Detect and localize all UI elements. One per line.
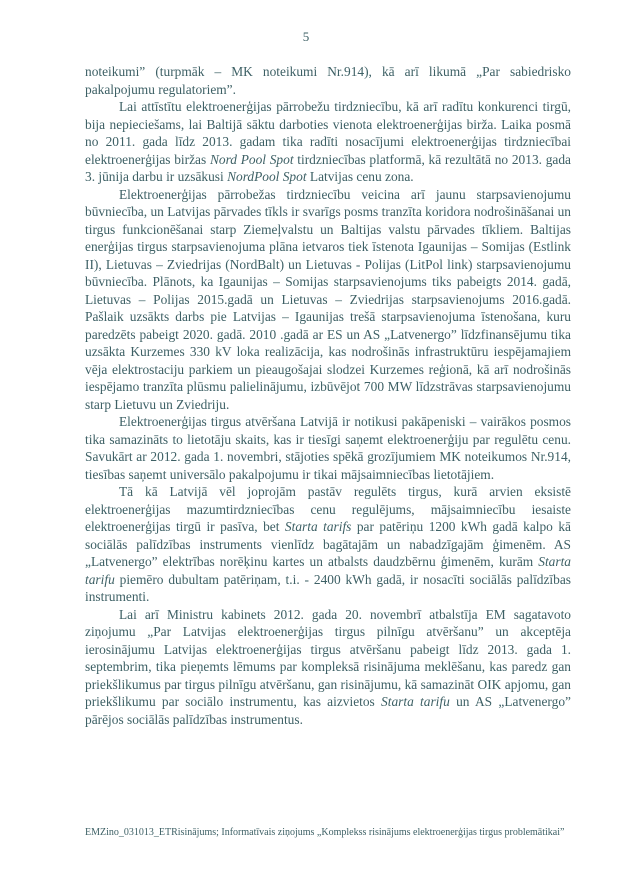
page-number: 5 (0, 29, 612, 45)
document-body: noteikumi” (turpmāk – MK noteikumi Nr.91… (85, 63, 571, 728)
text-run: Elektroenerģijas pārrobežas tirdzniecību… (85, 187, 571, 412)
text-run: Latvijas cenu zona. (307, 169, 414, 184)
paragraph: Lai attīstītu elektroenerģijas pārrobežu… (85, 98, 571, 186)
paragraph: noteikumi” (turpmāk – MK noteikumi Nr.91… (85, 63, 571, 98)
italic-text-run: Starta tarifs (285, 519, 351, 534)
paragraph: Tā kā Latvijā vēl joprojām pastāv regulē… (85, 483, 571, 606)
paragraph: Elektroenerģijas pārrobežas tirdzniecību… (85, 186, 571, 414)
text-run: noteikumi” (turpmāk – MK noteikumi Nr.91… (85, 64, 571, 97)
text-run: piemēro dubultam patēriņam, t.i. - 2400 … (85, 572, 571, 605)
paragraph: Lai arī Ministru kabinets 2012. gada 20.… (85, 606, 571, 729)
paragraph: Elektroenerģijas tirgus atvēršana Latvij… (85, 413, 571, 483)
text-run: Elektroenerģijas tirgus atvēršana Latvij… (85, 414, 571, 482)
footnote-text: EMZino_031013_ETRisinājums; Informatīvai… (85, 826, 571, 840)
italic-text-run: NordPool Spot (227, 169, 306, 184)
document-page: 5 noteikumi” (turpmāk – MK noteikumi Nr.… (0, 0, 630, 890)
italic-text-run: Starta tarifu (381, 694, 450, 709)
italic-text-run: Nord Pool Spot (210, 152, 294, 167)
